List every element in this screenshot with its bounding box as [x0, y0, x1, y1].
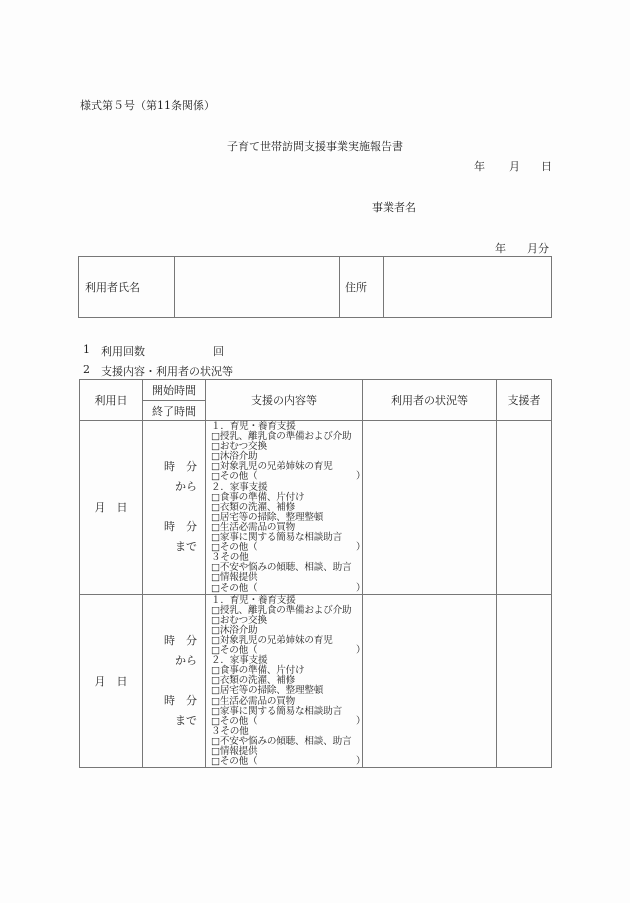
support-content-cell: １．育児・養育支援 □授乳、離乳食の準備および介助 □おむつ交換 □沐浴介助 □…	[206, 421, 363, 595]
header-supporter: 支援者	[497, 380, 552, 421]
user-status-cell[interactable]	[363, 594, 497, 768]
close-paren: ）	[356, 757, 365, 767]
end-suffix: まで	[143, 711, 197, 731]
checkbox-item-other[interactable]: □その他（）	[211, 584, 362, 594]
section1-label: 利用回数	[101, 343, 145, 359]
start-suffix: から	[143, 651, 197, 671]
usage-count-unit: 回	[213, 343, 224, 359]
date-month-label: 月	[95, 501, 106, 514]
date-day-label: 日	[541, 158, 552, 174]
section1-number: 1	[83, 343, 90, 356]
time-cell[interactable]: 時 分 から 時 分 まで	[143, 594, 206, 768]
user-name-label: 利用者氏名	[79, 257, 175, 318]
header-end-time: 終了時間	[143, 401, 206, 421]
period-year-label: 年	[495, 240, 506, 256]
form-number: 様式第５号（第11条関係）	[80, 97, 215, 113]
section2-number: 2	[83, 363, 90, 376]
start-minute-label: 分	[186, 460, 197, 473]
date-day-label: 日	[117, 501, 128, 514]
close-paren: ）	[356, 717, 365, 727]
header-start-time: 開始時間	[143, 380, 206, 401]
user-status-cell[interactable]	[363, 421, 497, 595]
time-cell[interactable]: 時 分 から 時 分 まで	[143, 421, 206, 595]
end-hour-label: 時	[164, 520, 175, 533]
user-info-table: 利用者氏名 住所	[78, 256, 552, 318]
start-hour-label: 時	[164, 460, 175, 473]
usage-date-cell[interactable]: 月 日	[80, 594, 143, 768]
end-minute-label: 分	[186, 520, 197, 533]
usage-date-cell[interactable]: 月 日	[80, 421, 143, 595]
period-month-label: 月分	[527, 240, 549, 256]
header-status: 利用者の状況等	[363, 380, 497, 421]
close-paren: ）	[356, 584, 365, 594]
close-paren: ）	[356, 543, 365, 553]
start-hour-label: 時	[164, 634, 175, 647]
address-label: 住所	[340, 257, 384, 318]
date-year-label: 年	[474, 158, 485, 174]
supporter-cell[interactable]	[497, 594, 552, 768]
user-name-field[interactable]	[175, 257, 340, 318]
close-paren: ）	[356, 646, 365, 656]
end-suffix: まで	[143, 537, 197, 557]
table-row: 月 日 時 分 から 時 分 まで １．育児・養育支援 □授乳、離乳食の準備およ…	[80, 594, 552, 768]
start-suffix: から	[143, 477, 197, 497]
close-paren: ）	[356, 472, 365, 482]
date-month-label: 月	[95, 675, 106, 688]
provider-name-label: 事業者名	[372, 199, 416, 215]
table-row: 月 日 時 分 から 時 分 まで １．育児・養育支援 □授乳、離乳食の準備およ…	[80, 421, 552, 595]
date-day-label: 日	[117, 675, 128, 688]
header-content: 支援の内容等	[206, 380, 363, 421]
start-minute-label: 分	[186, 634, 197, 647]
document-title: 子育て世帯訪問支援事業実施報告書	[227, 138, 403, 154]
address-field[interactable]	[384, 257, 552, 318]
support-table: 利用日 開始時間 支援の内容等 利用者の状況等 支援者 終了時間 月 日 時 分…	[79, 379, 552, 768]
other-label: □その他（	[211, 756, 257, 767]
end-hour-label: 時	[164, 694, 175, 707]
support-content-cell: １．育児・養育支援 □授乳、離乳食の準備および介助 □おむつ交換 □沐浴介助 □…	[206, 594, 363, 768]
other-label: □その他（	[211, 471, 257, 482]
section2-label: 支援内容・利用者の状況等	[101, 363, 233, 379]
date-month-label: 月	[509, 158, 520, 174]
other-label: □その他（	[211, 583, 257, 594]
header-date: 利用日	[80, 380, 143, 421]
end-minute-label: 分	[186, 694, 197, 707]
checkbox-item-other[interactable]: □その他（）	[211, 757, 362, 767]
supporter-cell[interactable]	[497, 421, 552, 595]
